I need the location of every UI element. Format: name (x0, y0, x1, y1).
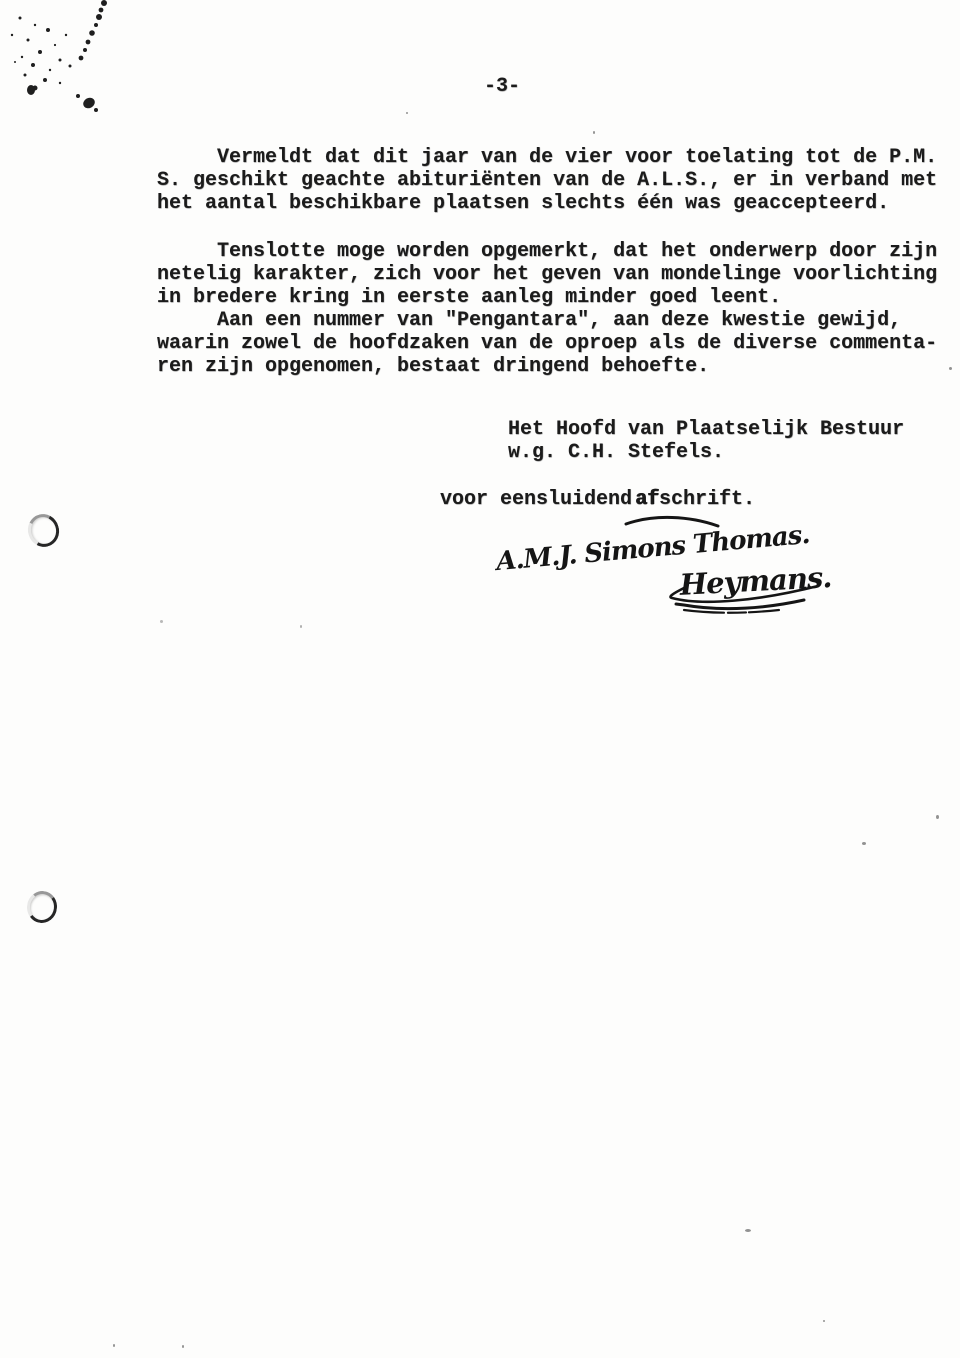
paper-speck (862, 842, 866, 845)
signature-title-line: Het Hoofd van Plaatselijk Bestuur (508, 418, 904, 441)
page-number: -3- (484, 75, 520, 98)
text-line: Vermeldt dat dit jaar van de vier voor t… (157, 146, 937, 169)
handwritten-signature: A.M.J. Simons Thomas. Heymans. (486, 508, 840, 616)
scanned-document-page: -3- Vermeldt dat dit jaar van de vier vo… (0, 0, 960, 1358)
signature-block: Het Hoofd van Plaatselijk Bestuur w.g. C… (508, 418, 904, 464)
paper-speck (113, 1344, 115, 1347)
paper-speck (949, 367, 952, 370)
paper-speck (593, 131, 595, 134)
paper-speck (745, 1229, 751, 1232)
text-line: Aan een nummer van "Pengantara", aan dez… (157, 309, 937, 332)
punch-hole (24, 510, 64, 551)
text-line: Tenslotte moge worden opgemerkt, dat het… (157, 240, 937, 263)
punch-hole (25, 889, 59, 925)
signature-name-line: w.g. C.H. Stefels. (508, 441, 904, 464)
text-line: in bredere kring in eerste aanleg minder… (157, 286, 937, 309)
text-line: het aantal beschikbare plaatsen slechts … (157, 192, 937, 215)
paper-speck (182, 1345, 184, 1348)
paper-speck (160, 620, 163, 623)
paper-speck (406, 112, 408, 114)
signature-t-crossbar (626, 517, 718, 526)
paragraph-2: Tenslotte moge worden opgemerkt, dat het… (157, 240, 937, 378)
paper-speck (936, 815, 939, 819)
text-line: netelig karakter, zich voor het geven va… (157, 263, 937, 286)
ink-smudge (0, 0, 140, 130)
handwritten-name-2: Heymans. (678, 560, 832, 602)
text-line: waarin zowel de hoofdzaken van de oproep… (157, 332, 937, 355)
paper-speck (823, 1320, 825, 1322)
paragraph-1: Vermeldt dat dit jaar van de vier voor t… (157, 146, 937, 215)
text-line: S. geschikt geachte abituriënten van de … (157, 169, 937, 192)
text-line: ren zijn opgenomen, bestaat dringend beh… (157, 355, 937, 378)
paper-speck (300, 625, 302, 628)
